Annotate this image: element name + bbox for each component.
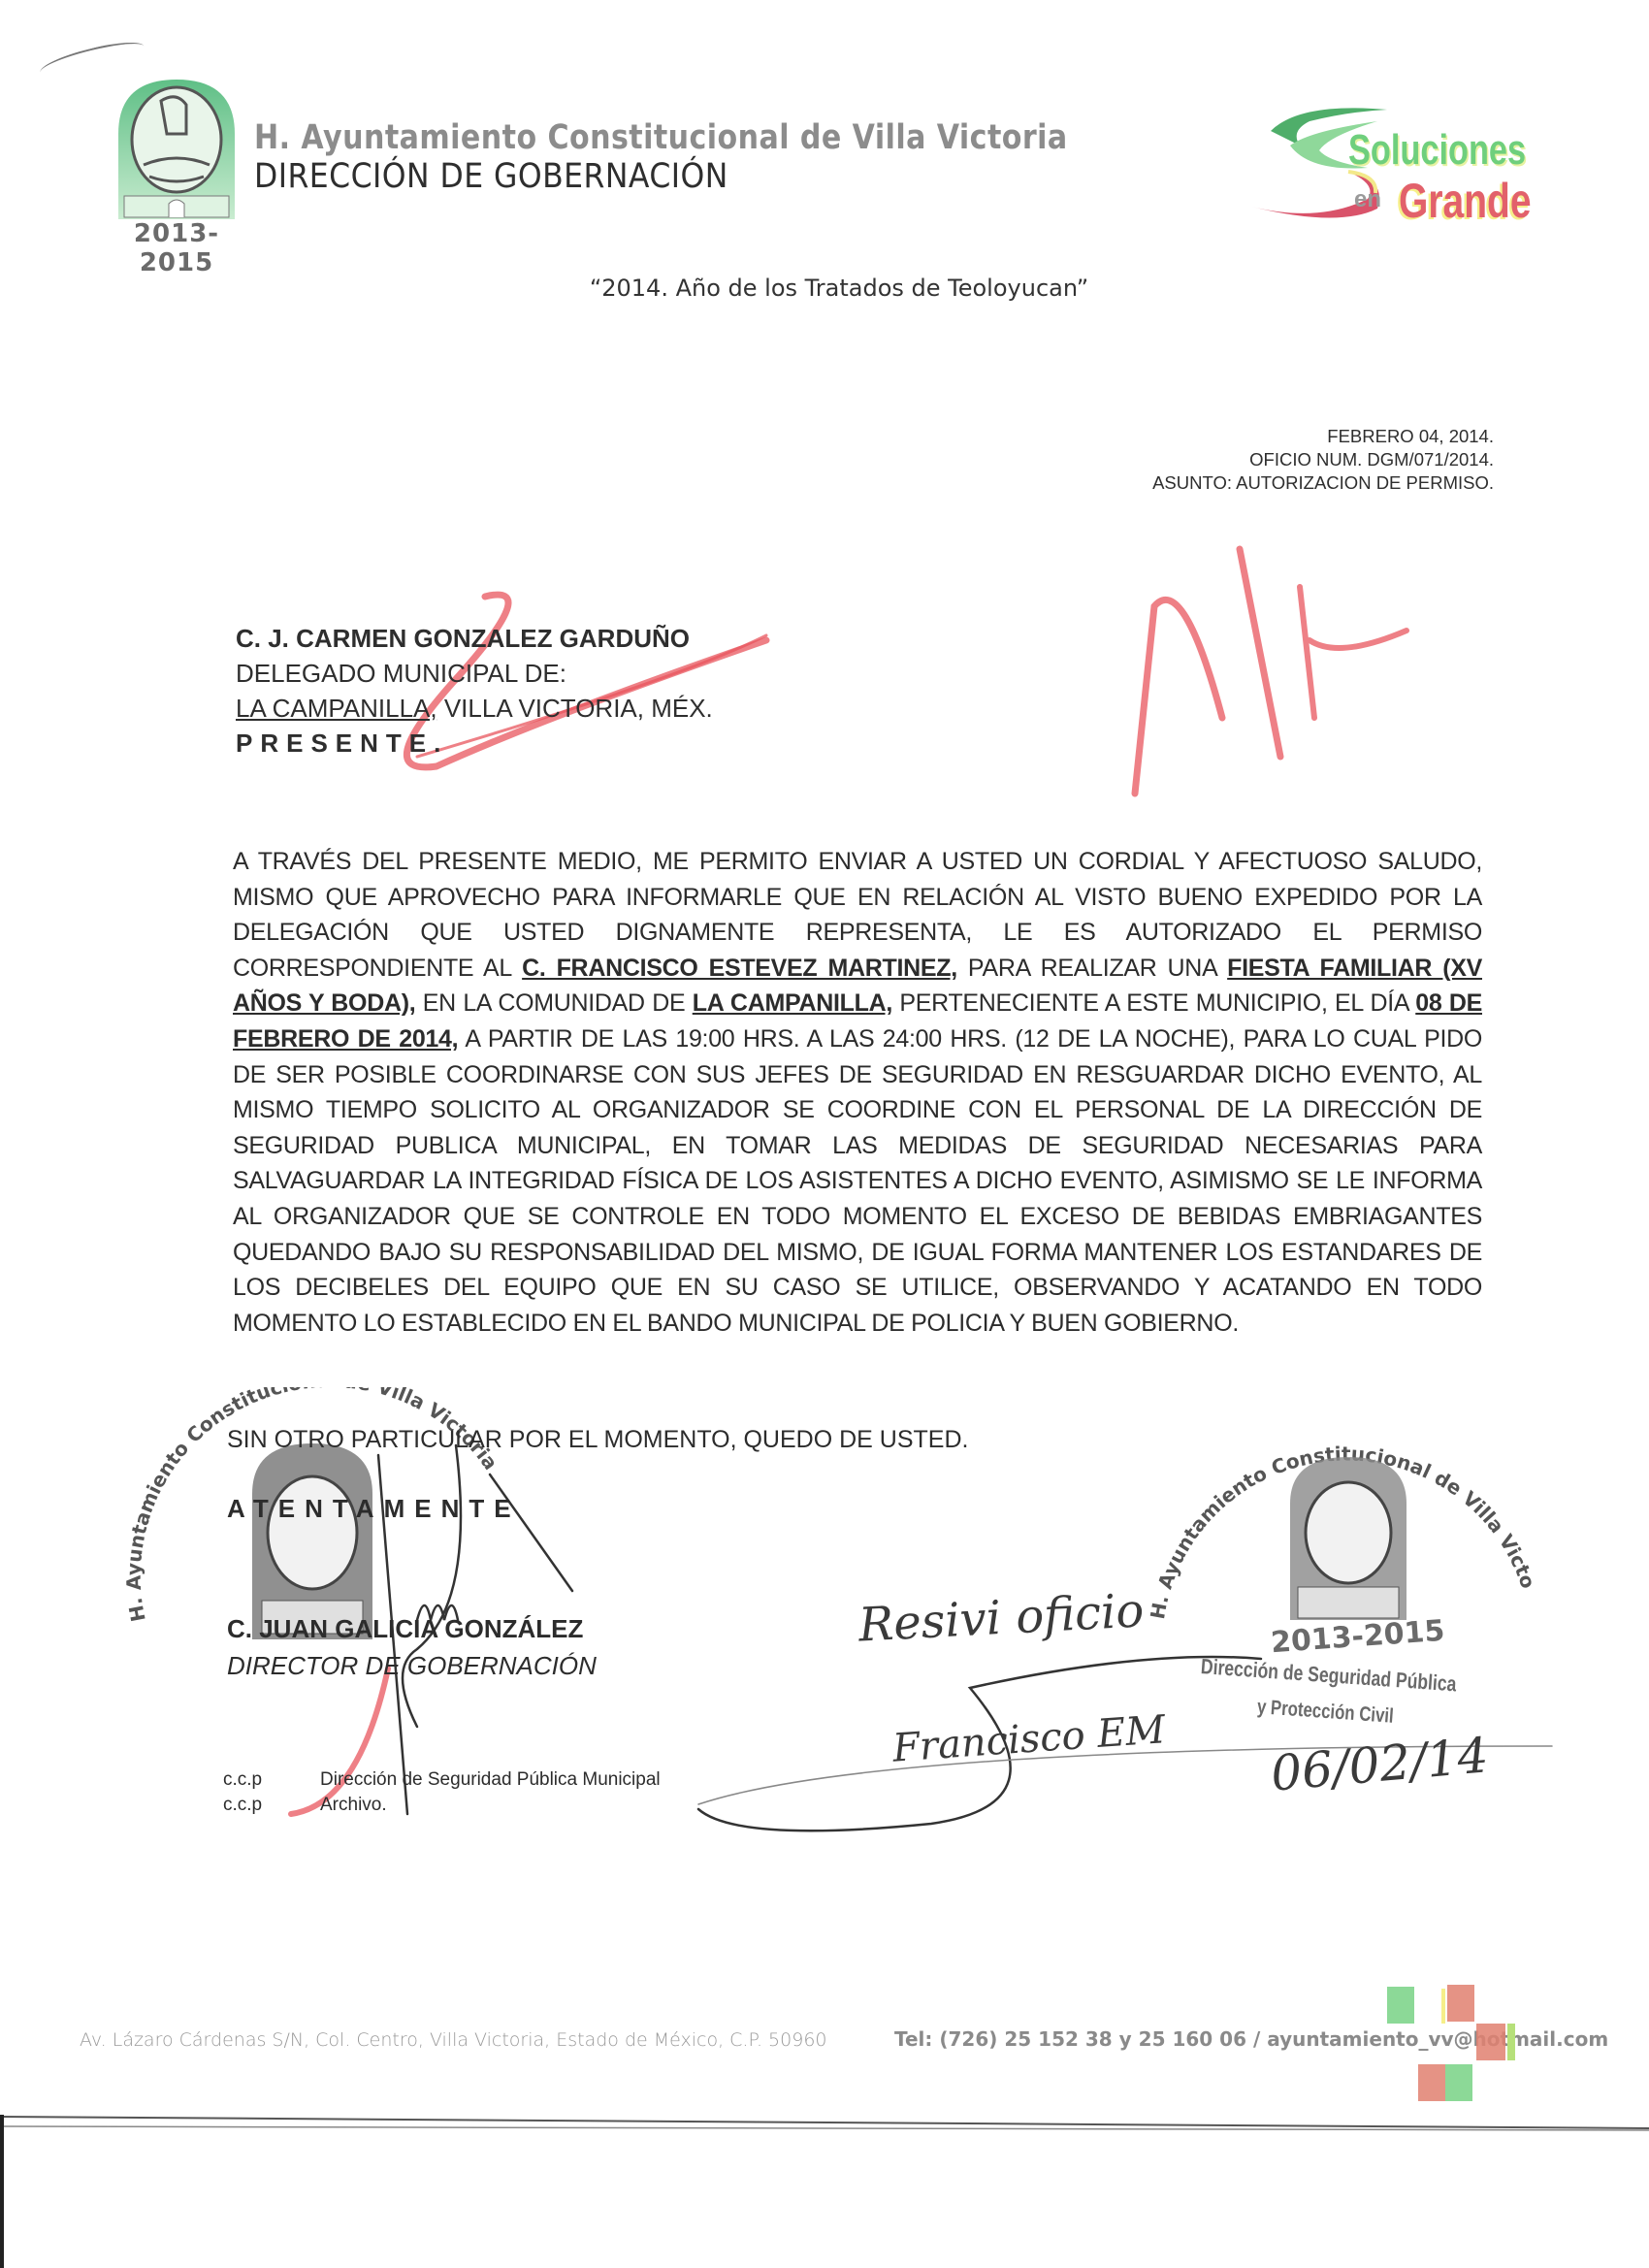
body-text: PERTENECIENTE A ESTE MUNICIPIO, EL DÍA xyxy=(892,989,1415,1017)
body-text: PARA REALIZAR UNA xyxy=(957,955,1227,982)
recipient-place-underlined: LA CAMPANILLA, xyxy=(236,694,437,723)
sign-off: ATENTAMENTE xyxy=(227,1494,521,1524)
brand-word-soluciones: Soluciones xyxy=(1348,126,1526,175)
body-text: EN LA COMUNIDAD DE xyxy=(415,989,692,1017)
recipient-block: C. J. CARMEN GONZALEZ GARDUÑO DELEGADO M… xyxy=(236,621,713,761)
footer-color-squares-icon xyxy=(1387,1979,1581,2105)
right-official-stamp-icon: H. Ayuntamiento Constitucional de Villa … xyxy=(1115,1397,1552,1649)
permit-holder: C. FRANCISCO ESTEVEZ MARTINEZ, xyxy=(522,955,957,982)
brand-word-grande: Grande xyxy=(1399,173,1532,229)
copy-item: c.c.pArchivo. xyxy=(223,1793,661,1818)
scan-left-edge xyxy=(0,2115,4,2268)
recipient-name: C. J. CARMEN GONZALEZ GARDUÑO xyxy=(236,621,713,656)
right-stamp-line2: y Protección Civil xyxy=(1256,1696,1394,1729)
brand-word-en: en xyxy=(1354,186,1381,213)
logo-years: 2013-2015 xyxy=(114,219,239,277)
motto: “2014. Año de los Tratados de Teoloyucan… xyxy=(0,275,1649,302)
recipient-place: LA CAMPANILLA, VILLA VICTORIA, MÉX. xyxy=(236,691,713,726)
signer-name: C. JUAN GALICIA GONZÁLEZ xyxy=(227,1614,583,1644)
body-text: A PARTIR DE LAS 19:00 HRS. A LAS 24:00 H… xyxy=(233,1025,1482,1337)
handwritten-receiver: Francisco EM xyxy=(891,1707,1167,1771)
document-meta: FEBRERO 04, 2014. OFICIO NUM. DGM/071/20… xyxy=(1152,425,1494,495)
copy-list: c.c.pDirección de Seguridad Pública Muni… xyxy=(223,1767,661,1818)
footer-address: Av. Lázaro Cárdenas S/N, Col. Centro, Vi… xyxy=(80,2029,827,2051)
right-stamp-line1: Dirección de Seguridad Pública xyxy=(1200,1654,1457,1697)
document-date: FEBRERO 04, 2014. xyxy=(1152,425,1494,448)
institution-name: H. Ayuntamiento Constitucional de Villa … xyxy=(254,118,1068,157)
handwritten-receipt: Resivi oficio xyxy=(857,1583,1146,1652)
signer-title: DIRECTOR DE GOBERNACIÓN xyxy=(227,1651,597,1681)
handwritten-date: 06/02/14 xyxy=(1269,1727,1491,1801)
copy-item: c.c.pDirección de Seguridad Pública Muni… xyxy=(223,1767,661,1793)
oficio-number: OFICIO NUM. DGM/071/2014. xyxy=(1152,448,1494,471)
letter-body: A TRAVÉS DEL PRESENTE MEDIO, ME PERMITO … xyxy=(233,844,1482,1341)
subject: ASUNTO: AUTORIZACION DE PERMISO. xyxy=(1152,471,1494,495)
recipient-place-rest: VILLA VICTORIA, MÉX. xyxy=(437,694,713,723)
recipient-role: DELEGADO MUNICIPAL DE: xyxy=(236,656,713,691)
event-community: LA CAMPANILLA, xyxy=(693,989,892,1017)
closing-line: SIN OTRO PARTICULAR POR EL MOMENTO, QUED… xyxy=(227,1426,968,1454)
scan-page-edge xyxy=(0,2115,1649,2134)
department-name: DIRECCIÓN DE GOBERNACIÓN xyxy=(254,157,728,196)
greeting: PRESENTE. xyxy=(236,726,713,761)
